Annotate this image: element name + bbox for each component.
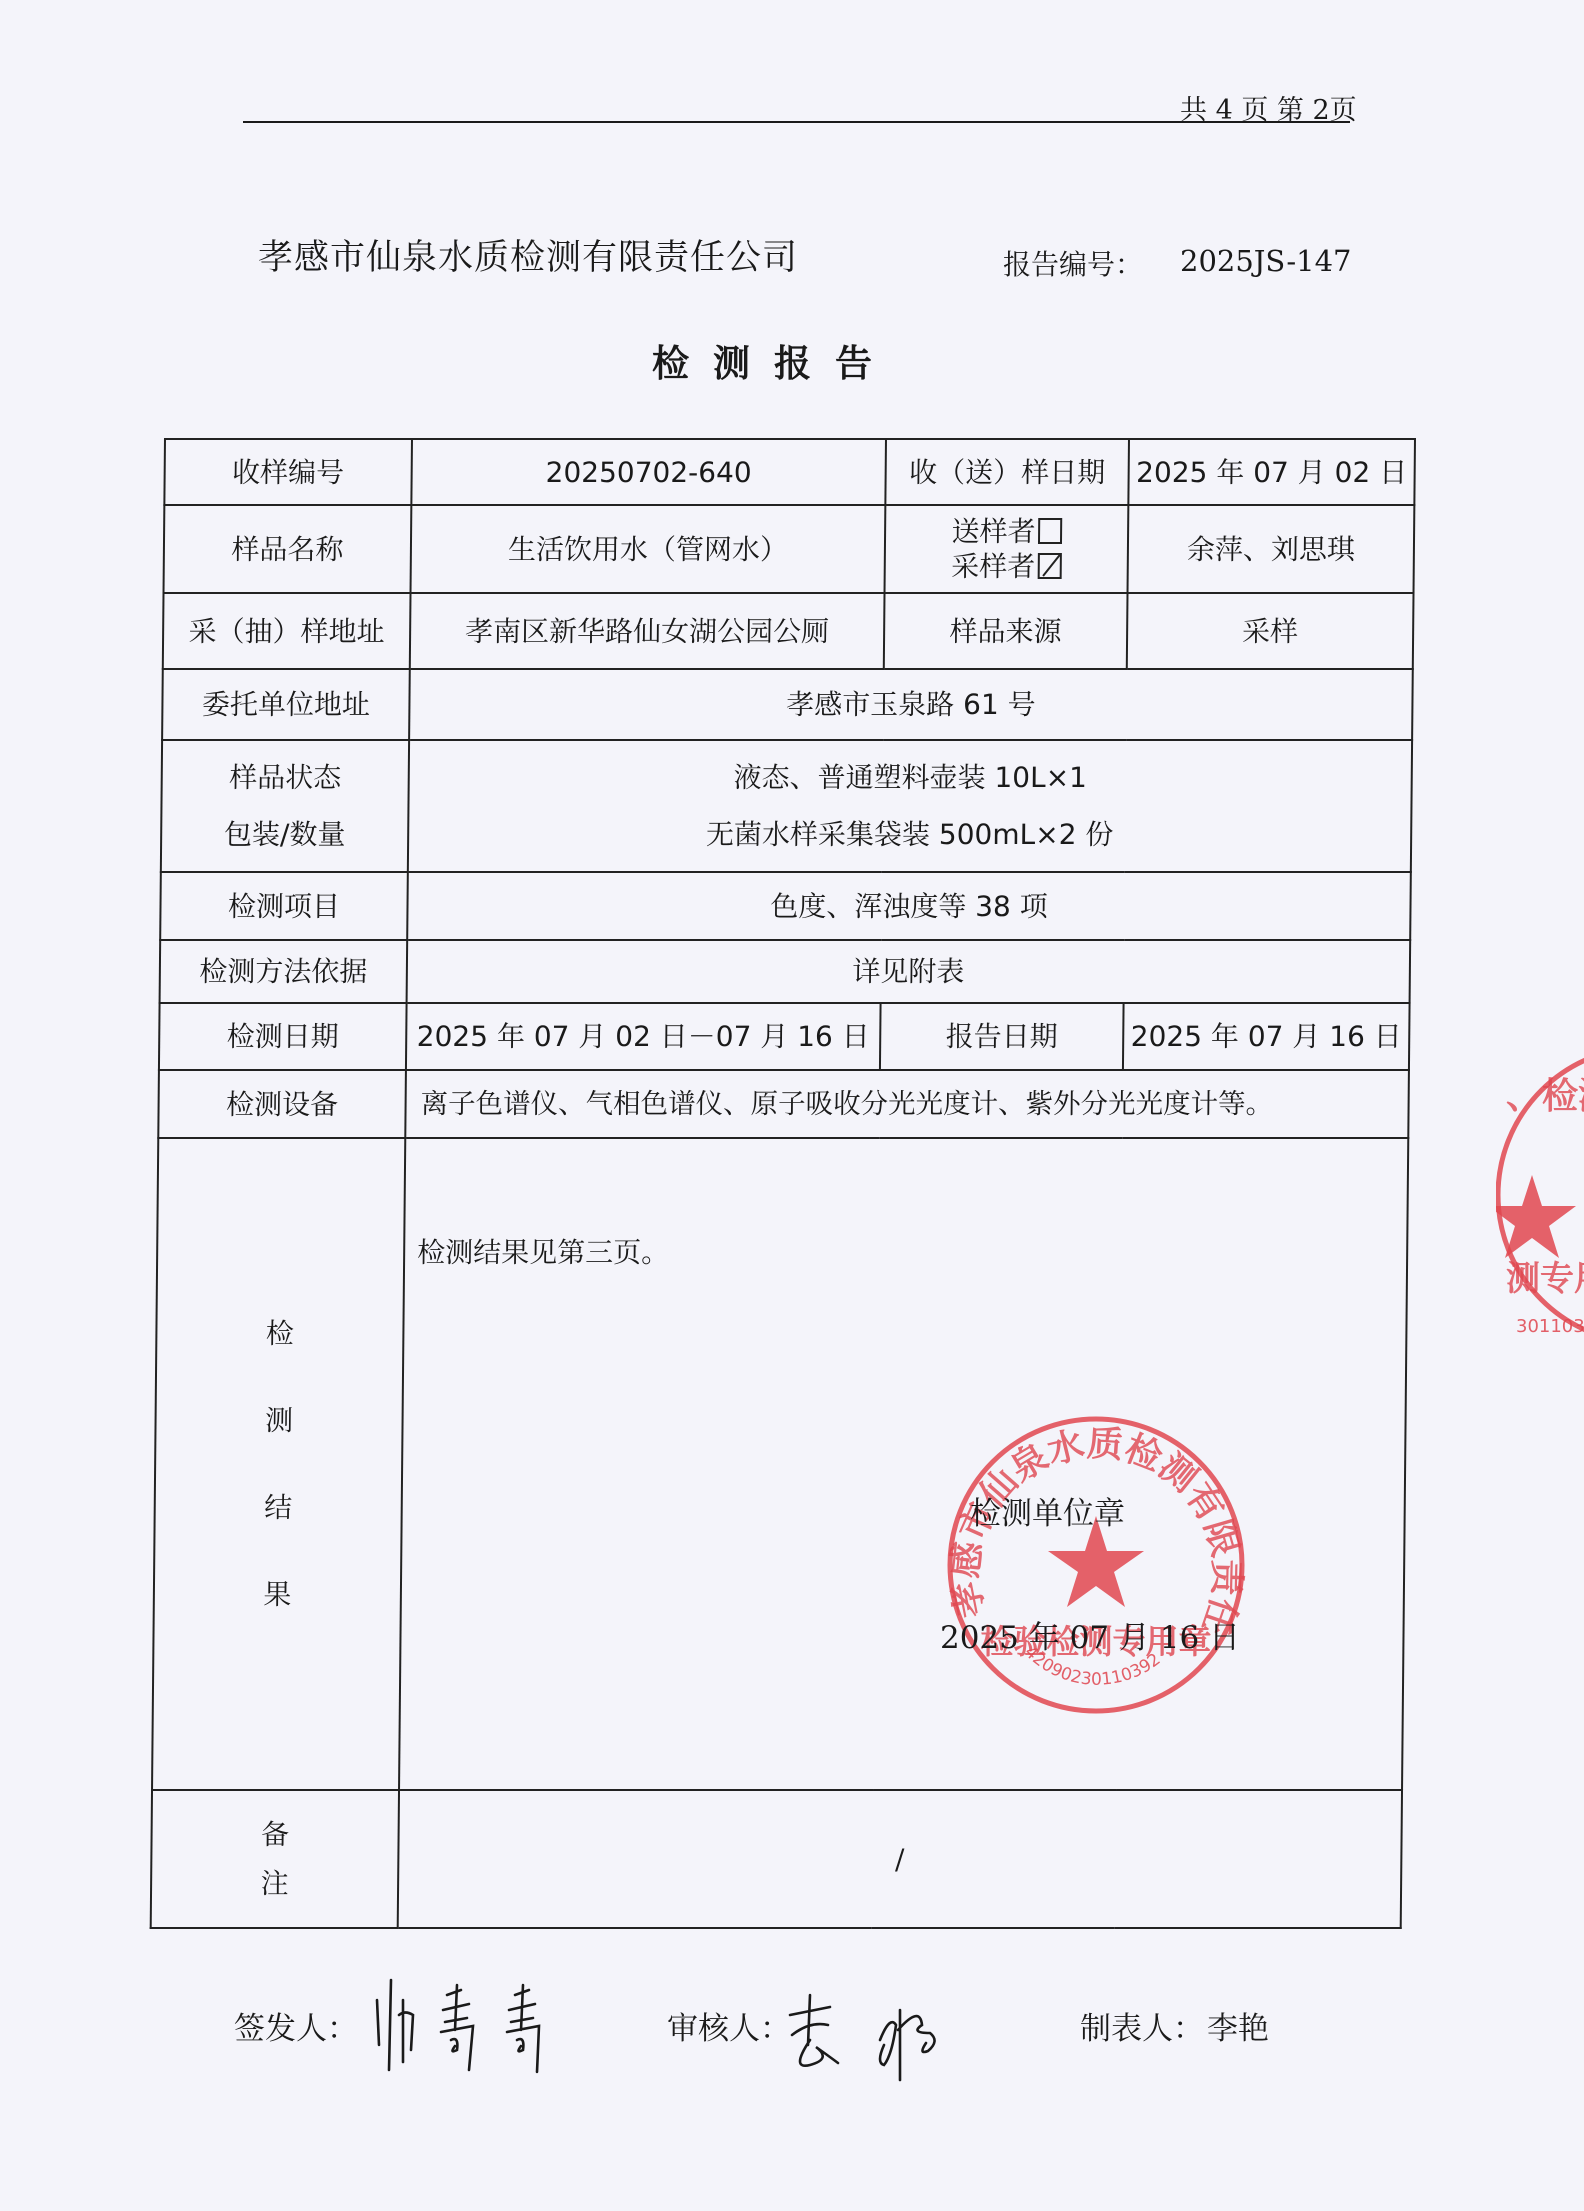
sender-sampler-cell: 送样者 采样者 bbox=[885, 505, 1129, 593]
receive-date-label: 收（送）样日期 bbox=[885, 439, 1129, 505]
header-rule bbox=[243, 121, 1350, 123]
official-seal-stamp: 孝感市仙泉水质检测有限责任公司 检验检测专用章 42090230110392 bbox=[944, 1413, 1249, 1718]
sample-state-label-2: 包装/数量 bbox=[166, 817, 403, 852]
table-row: 检测方法依据 详见附表 bbox=[160, 940, 1411, 1003]
reviewer-label: 审核人： bbox=[667, 2003, 791, 2048]
table-row: 检测设备 离子色谱仪、气相色谱仪、原子吸收分光光度计、紫外分光光度计等。 bbox=[158, 1070, 1409, 1138]
sender-checkbox[interactable] bbox=[1037, 518, 1061, 544]
table-row: 备 注 bbox=[151, 1790, 1402, 1928]
company-name: 孝感市仙泉水质检测有限责任公司 bbox=[258, 230, 798, 280]
test-method-label: 检测方法依据 bbox=[160, 940, 408, 1003]
issuer-label: 签发人： bbox=[234, 2003, 358, 2048]
client-address-label: 委托单位地址 bbox=[162, 669, 410, 740]
side-stamp-top-text: 、检测有 bbox=[1506, 1076, 1584, 1117]
test-items-value: 色度、浑浊度等 38 项 bbox=[407, 872, 1411, 940]
sample-name-value: 生活饮用水（管网水） bbox=[411, 505, 886, 593]
document-title: 检测报告 bbox=[652, 333, 896, 387]
report-no-label: 报告编号： bbox=[1003, 243, 1143, 283]
test-date-value: 2025 年 07 月 02 日－07 月 16 日 bbox=[406, 1003, 881, 1070]
table-row: 检测项目 色度、浑浊度等 38 项 bbox=[160, 872, 1411, 940]
partial-seal-stamp: 、检测有 测专用 301103 bbox=[1496, 1040, 1584, 1350]
results-label-char: 结 bbox=[160, 1490, 397, 1525]
results-label-char: 测 bbox=[160, 1403, 397, 1438]
report-date-label: 报告日期 bbox=[880, 1003, 1124, 1070]
test-method-value: 详见附表 bbox=[407, 940, 1411, 1003]
results-value: 检测结果见第三页。 bbox=[399, 1138, 1408, 1790]
results-text: 检测结果见第三页。 bbox=[417, 1235, 669, 1270]
reviewer-signature bbox=[780, 1985, 980, 2085]
results-label-char: 检 bbox=[161, 1316, 398, 1351]
sample-state-label: 样品状态 包装/数量 bbox=[161, 740, 409, 872]
sample-no-label: 收样编号 bbox=[164, 439, 412, 505]
seal-label: 检测单位章 bbox=[970, 1488, 1125, 1533]
sampler-label: 采样者 bbox=[951, 550, 1035, 583]
maker-label: 制表人： bbox=[1080, 2003, 1204, 2048]
remarks-label: 备 注 bbox=[151, 1790, 399, 1928]
table-row: 委托单位地址 孝感市玉泉路 61 号 bbox=[162, 669, 1413, 740]
report-no-value: 2025JS-147 bbox=[1180, 244, 1352, 278]
remarks-slash: / bbox=[895, 1843, 904, 1876]
table-row: 收样编号 20250702-640 收（送）样日期 2025 年 07 月 02… bbox=[164, 439, 1415, 505]
sampler-checkbox[interactable] bbox=[1037, 553, 1061, 579]
svg-text:测专用: 测专用 bbox=[1506, 1259, 1584, 1299]
samplers-value: 余萍、刘思琪 bbox=[1128, 505, 1415, 593]
sample-state-line-1: 液态、普通塑料壶装 10L×1 bbox=[733, 761, 1087, 794]
table-row: 检测日期 2025 年 07 月 02 日－07 月 16 日 报告日期 202… bbox=[159, 1003, 1410, 1070]
sample-name-label: 样品名称 bbox=[164, 505, 412, 593]
sample-state-line-2: 无菌水样采集袋装 500mL×2 份 bbox=[413, 817, 1406, 852]
client-address-value: 孝感市玉泉路 61 号 bbox=[409, 669, 1413, 740]
sampling-address-label: 采（抽）样地址 bbox=[163, 593, 411, 669]
test-items-label: 检测项目 bbox=[160, 872, 408, 940]
equipment-value: 离子色谱仪、气相色谱仪、原子吸收分光光度计、紫外分光光度计等。 bbox=[405, 1070, 1409, 1138]
receive-date-value: 2025 年 07 月 02 日 bbox=[1128, 439, 1415, 505]
issuer-signature bbox=[365, 1970, 575, 2080]
remarks-label-char: 备 bbox=[156, 1817, 393, 1852]
sample-state-label-1: 样品状态 bbox=[229, 761, 341, 794]
sample-state-value: 液态、普通塑料壶装 10L×1 无菌水样采集袋装 500mL×2 份 bbox=[408, 740, 1412, 872]
sample-no-value: 20250702-640 bbox=[411, 439, 886, 505]
test-date-label: 检测日期 bbox=[159, 1003, 407, 1070]
sender-label: 送样者 bbox=[951, 515, 1035, 548]
sampling-address-value: 孝南区新华路仙女湖公园公厕 bbox=[410, 593, 885, 669]
svg-text:301103: 301103 bbox=[1516, 1316, 1584, 1337]
remarks-label-char: 注 bbox=[156, 1866, 393, 1901]
sample-source-value: 采样 bbox=[1127, 593, 1414, 669]
equipment-label: 检测设备 bbox=[158, 1070, 406, 1138]
report-date-value: 2025 年 07 月 16 日 bbox=[1123, 1003, 1410, 1070]
results-label-char: 果 bbox=[159, 1577, 396, 1612]
table-row: 样品状态 包装/数量 液态、普通塑料壶装 10L×1 无菌水样采集袋装 500m… bbox=[161, 740, 1412, 872]
table-row: 样品名称 生活饮用水（管网水） 送样者 采样者 余萍、刘思琪 bbox=[164, 505, 1415, 593]
sample-source-label: 样品来源 bbox=[884, 593, 1128, 669]
table-row: 采（抽）样地址 孝南区新华路仙女湖公园公厕 样品来源 采样 bbox=[163, 593, 1414, 669]
results-label: 检 测 结 果 bbox=[152, 1138, 405, 1790]
maker-name: 李艳 bbox=[1207, 2003, 1269, 2048]
seal-date: 2025 年 07 月 16 日 bbox=[940, 1612, 1240, 1657]
